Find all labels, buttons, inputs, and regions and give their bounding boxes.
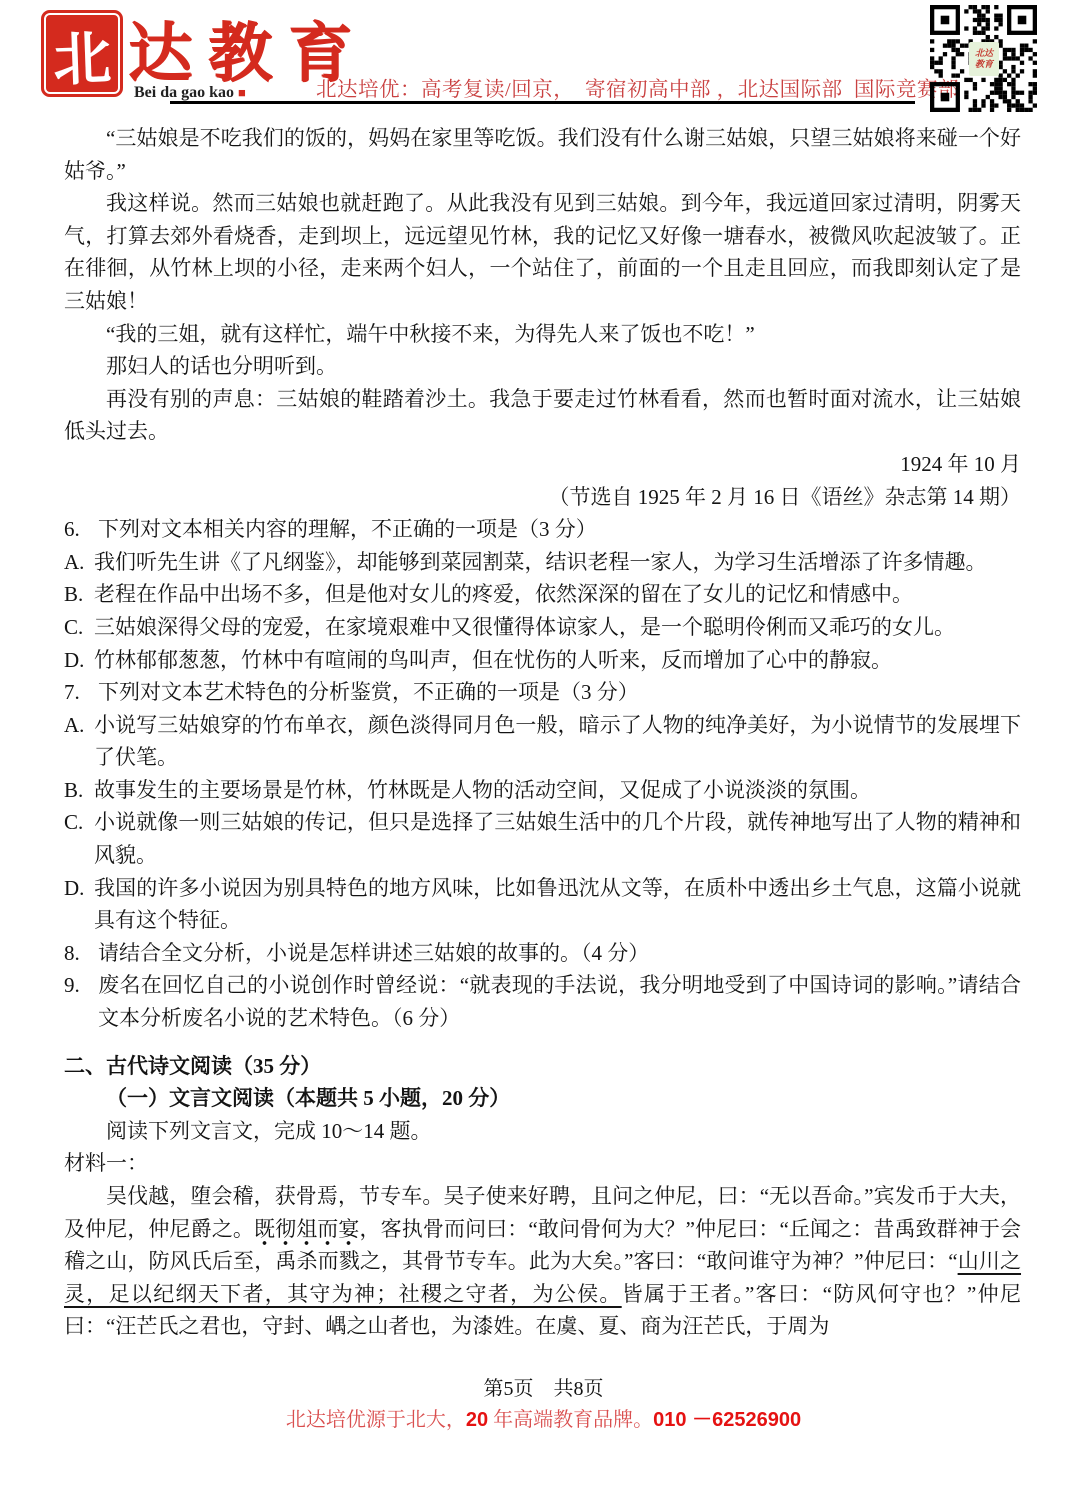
exam-page: 北 达教育 Bei da gao kao ■ 北达培优：高考复读/回京， 寄宿初… bbox=[0, 0, 1087, 1512]
option-label: B. bbox=[64, 774, 94, 807]
question-8-stem: 8.请结合全文分析，小说是怎样讲述三姑娘的故事的。（4 分） bbox=[64, 937, 1021, 970]
qr-code: 北达 教育 bbox=[930, 5, 1037, 112]
question-number: 6. bbox=[64, 513, 98, 546]
question-number: 8. bbox=[64, 937, 98, 970]
story-paragraph: 那妇人的话也分明听到。 bbox=[64, 350, 1021, 383]
footer-phone: 010 －62526900 bbox=[653, 1409, 801, 1431]
header-divider bbox=[170, 101, 915, 104]
question-7-option-d: D.我国的许多小说因为别具特色的地方风味，比如鲁迅沈从文等，在质朴中透出乡土气息… bbox=[64, 872, 1021, 937]
section-two-subtitle: （一）文言文阅读（本题共 5 小题，20 分） bbox=[64, 1082, 1021, 1115]
footer-promo: 北达培优源于北大，20 年高端教育品牌。010 －62526900 bbox=[0, 1403, 1087, 1432]
story-paragraph: “三姑娘是不吃我们的饭的，妈妈在家里等吃饭。我们没有什么谢三姑娘，只望三姑娘将来… bbox=[64, 122, 1021, 187]
header-tagline: 北达培优：高考复读/回京， 寄宿初高中部 ，北达国际部 国际竞赛部 bbox=[316, 72, 959, 102]
question-6-option-a: A.我们听先生讲《了凡纲鉴》，却能够到菜园割菜，结识老程一家人，为学习生活增添了… bbox=[64, 546, 1021, 579]
question-7-option-c: C.小说就像一则三姑娘的传记，但只是选择了三姑娘生活中的几个片段，就传神地写出了… bbox=[64, 806, 1021, 871]
material-label: 材料一： bbox=[64, 1147, 1021, 1180]
question-6-option-d: D.竹林郁郁葱葱，竹林中有喧闹的鸟叫声，但在忧伤的人听来，反而增加了心中的静寂。 bbox=[64, 644, 1021, 677]
question-7-stem: 7.下列对文本艺术特色的分析鉴赏，不正确的一项是（3 分） bbox=[64, 676, 1021, 709]
story-paragraph: “我的三姐，就有这样忙，端午中秋接不来，为得先人来了饭也不吃！” bbox=[64, 318, 1021, 351]
logo-subtitle: Bei da gao kao ■ bbox=[134, 84, 246, 102]
classical-passage: 吴伐越，堕会稽，获骨焉，节专车。吴子使来好聘，且问之仲尼，曰：“无以吾命。”宾发… bbox=[64, 1180, 1021, 1343]
question-6-option-c: C.三姑娘深得父母的宠爱，在家境艰难中又很懂得体谅家人，是一个聪明伶俐而又乖巧的… bbox=[64, 611, 1021, 644]
section-two-title: 二、古代诗文阅读（35 分） bbox=[64, 1050, 1021, 1083]
option-label: B. bbox=[64, 578, 94, 611]
emphasized-phrase: 既彻俎而宴 bbox=[254, 1217, 360, 1246]
question-9-stem: 9.废名在回忆自己的小说创作时曾经说：“就表现的手法说，我分明地受到了中国诗词的… bbox=[64, 969, 1021, 1034]
option-label: C. bbox=[64, 806, 94, 839]
option-label: A. bbox=[64, 709, 94, 742]
date-line: 1924 年 10 月 bbox=[64, 448, 1021, 481]
story-paragraph: 再没有别的声息：三姑娘的鞋踏着沙土。我急于要走过竹林看看，然而也暂时面对流水，让… bbox=[64, 383, 1021, 448]
logo-seal-char: 北 bbox=[52, 11, 113, 97]
option-label: C. bbox=[64, 611, 94, 644]
story-paragraph: 我这样说。然而三姑娘也就赶跑了。从此我没有见到三姑娘。到今年，我远道回家过清明，… bbox=[64, 187, 1021, 317]
qr-center-label: 北达 教育 bbox=[969, 42, 999, 76]
reading-instruction: 阅读下列文言文，完成 10～14 题。 bbox=[64, 1115, 1021, 1148]
header: 北 达教育 Bei da gao kao ■ 北达培优：高考复读/回京， 寄宿初… bbox=[0, 0, 1087, 120]
question-number: 9. bbox=[64, 969, 98, 1002]
footer: 第5页 共8页 北达培优源于北大，20 年高端教育品牌。010 －6252690… bbox=[0, 1372, 1087, 1432]
exam-body: “三姑娘是不吃我们的饭的，妈妈在家里等吃饭。我们没有什么谢三姑娘，只望三姑娘将来… bbox=[64, 122, 1021, 1343]
question-6-stem: 6.下列对文本相关内容的理解，不正确的一项是（3 分） bbox=[64, 513, 1021, 546]
brand-square-icon: ■ bbox=[238, 85, 246, 100]
question-7-option-b: B.故事发生的主要场景是竹林，竹林既是人物的活动空间，又促成了小说淡淡的氛围。 bbox=[64, 774, 1021, 807]
option-label: D. bbox=[64, 644, 94, 677]
question-6-option-b: B.老程在作品中出场不多，但是他对女儿的疼爱，依然深深的留在了女儿的记忆和情感中… bbox=[64, 578, 1021, 611]
option-label: A. bbox=[64, 546, 94, 579]
source-line: （节选自 1925 年 2 月 16 日《语丝》杂志第 14 期） bbox=[64, 481, 1021, 514]
page-number: 第5页 共8页 bbox=[0, 1372, 1087, 1401]
logo-seal: 北 bbox=[41, 10, 123, 97]
question-7-option-a: A.小说写三姑娘穿的竹布单衣，颜色淡得同月色一般，暗示了人物的纯净美好，为小说情… bbox=[64, 709, 1021, 774]
option-label: D. bbox=[64, 872, 94, 905]
question-number: 7. bbox=[64, 676, 98, 709]
